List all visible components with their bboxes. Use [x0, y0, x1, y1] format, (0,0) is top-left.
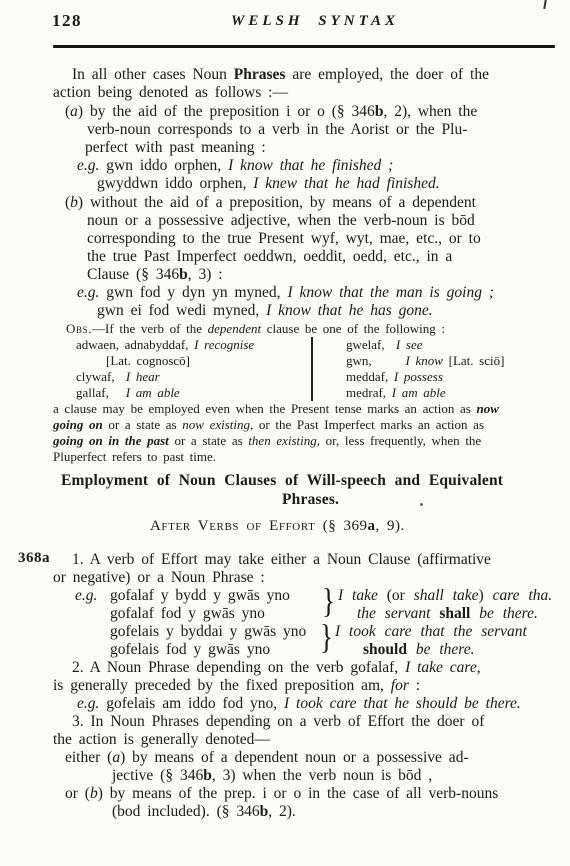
- obs-para-line: going on or a state as now existing, or …: [53, 418, 484, 433]
- margin-section-number: 368a: [18, 550, 50, 567]
- body-line: 2. A Noun Phrase depending on the verb g…: [72, 659, 481, 676]
- subsection-heading: After Verbs of Effort (§ 369a, 9).: [150, 518, 405, 535]
- body-line: or (b) by means of the prep. i or o in t…: [65, 785, 498, 802]
- obs-para-line: a clause may be employed even when the P…: [53, 402, 499, 417]
- body-line: corresponding to the true Present wyf, w…: [87, 230, 481, 247]
- section-heading: Phrases.: [282, 491, 339, 508]
- obs-list-left: [Lat. cognoscō]: [106, 354, 190, 369]
- body-line: perfect with past meaning :: [85, 139, 266, 156]
- body-line: 1. A verb of Effort may take either a No…: [72, 551, 491, 568]
- welsh-example: gofalaf fod y gwās yno: [110, 605, 265, 622]
- body-line: 3. In Noun Phrases depending on a verb o…: [72, 713, 484, 730]
- translation-line: I took care that the servant: [335, 623, 527, 640]
- body-line: jective (§ 346b, 3) when the verb noun i…: [112, 767, 432, 784]
- welsh-example: gofelais fod y gwās yno: [110, 641, 270, 658]
- obs-list-left: adwaen, adnabyddaf, I recognise: [76, 338, 254, 353]
- body-line: In all other cases Noun Phrases are empl…: [72, 66, 489, 83]
- welsh-example: gofelais y byddai y gwās yno: [110, 623, 306, 640]
- obs-list-right: gwn, I know [Lat. sciō]: [346, 354, 504, 369]
- obs-list-right: meddaf, I possess: [346, 370, 443, 385]
- example-line: e.g. gofelais am iddo fod yno, I took ca…: [77, 695, 521, 712]
- obs-column-divider: [311, 337, 313, 401]
- header-rule: [53, 45, 555, 48]
- section-heading: Employment of Noun Clauses of Will-speec…: [61, 472, 503, 489]
- body-line: noun or a possessive adjective, when the…: [87, 212, 475, 229]
- running-title: WELSH SYNTAX: [60, 13, 570, 30]
- obs-list-left: clywaf, I hear: [76, 370, 160, 385]
- example-line: gwyddwn iddo orphen, I knew that he had …: [97, 175, 440, 192]
- translation-line: I take (or shall take) care tha.: [338, 587, 552, 604]
- body-line: action being denoted as follows :—: [53, 84, 288, 101]
- body-line: Clause (§ 346b, 3) :: [87, 266, 223, 283]
- body-line: (b) without the aid of a preposition, by…: [65, 194, 476, 211]
- body-line: either (a) by means of a dependent noun …: [65, 749, 469, 766]
- body-line: is generally preceded by the fixed prepo…: [53, 677, 420, 694]
- body-line: (a) by the aid of the preposition i or o…: [65, 103, 477, 120]
- body-line: verb-noun corresponds to a verb in the A…: [87, 121, 467, 138]
- scan-artifact-dot: [420, 503, 423, 506]
- body-line: the action is generally denoted—: [53, 731, 270, 748]
- translation-line: the servant shall be there.: [357, 605, 538, 622]
- obs-list-right: medraf, I am able: [346, 386, 446, 401]
- obs-list-right: gwelaf, I see: [346, 338, 423, 353]
- obs-list-left: gallaf, I am able: [76, 386, 180, 401]
- translation-line: should be there.: [363, 641, 474, 658]
- body-line: (bod included). (§ 346b, 2).: [112, 803, 296, 820]
- book-page: 128 WELSH SYNTAX 368a In all other cases…: [0, 0, 570, 866]
- brace-glyph: }: [320, 620, 333, 655]
- example-line: e.g. gwn fod y dyn yn myned, I know that…: [77, 284, 494, 301]
- example-line: e.g. gwn iddo orphen, I know that he fin…: [77, 157, 393, 174]
- example-line: gwn ei fod wedi myned, I know that he ha…: [97, 302, 433, 319]
- brace-glyph: }: [322, 584, 335, 619]
- body-line: the true Past Imperfect oeddwn, oeddit, …: [87, 248, 452, 265]
- scan-artifact-tick: [543, 0, 547, 9]
- body-line: or negative) or a Noun Phrase :: [53, 569, 265, 586]
- eg-marker: e.g.: [75, 587, 97, 604]
- obs-para-line: Pluperfect refers to past time.: [53, 450, 216, 465]
- welsh-example: gofalaf y bydd y gwās yno: [110, 587, 290, 604]
- obs-intro-line: Obs.—If the verb of the dependent clause…: [66, 322, 445, 337]
- obs-para-line: going on in the past or a state as then …: [53, 434, 481, 449]
